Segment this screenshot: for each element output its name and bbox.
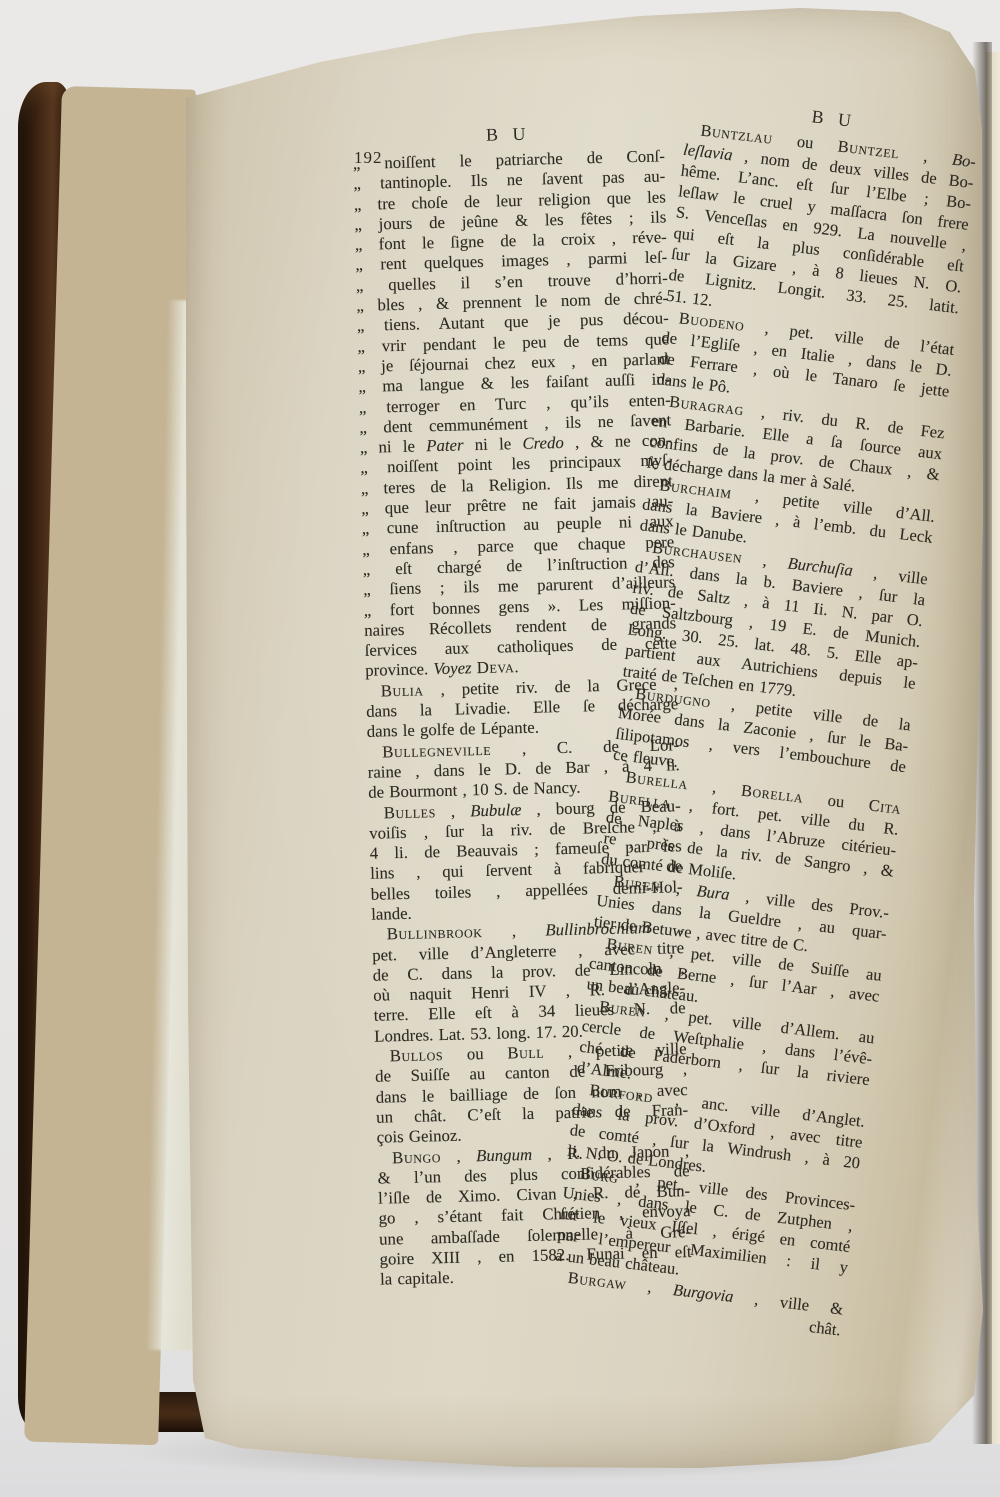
book-page: 192 B U „ noiſſent le patriarche de Conſ… xyxy=(183,6,986,1468)
italic-text: Bungum xyxy=(476,1144,532,1164)
plain-text: , xyxy=(625,1275,674,1299)
italic-text: Bo- xyxy=(951,150,977,172)
entry-headword: Bullegneville xyxy=(382,739,491,761)
plain-text: ou xyxy=(443,1044,508,1065)
plain-text: „ ni le xyxy=(360,436,427,457)
italic-text: Pater xyxy=(426,436,464,456)
entry-headword: Bulles xyxy=(383,802,436,822)
entry-headword: Bullos xyxy=(389,1045,443,1065)
plain-text: . xyxy=(514,658,519,677)
plain-text: , xyxy=(441,1146,477,1166)
entry-headword: Bullinbrook xyxy=(386,922,482,943)
plain-text: ni le xyxy=(463,434,522,454)
entry-headword: Cita xyxy=(868,795,902,818)
plain-text: 51. 12. xyxy=(665,286,713,310)
entry-headword: Bulia xyxy=(381,680,424,700)
photo-backdrop: 192 B U „ noiſſent le patriarche de Conſ… xyxy=(0,0,1000,1497)
italic-text: Bubulæ xyxy=(470,800,522,820)
italic-text: Bura xyxy=(696,881,731,904)
plain-text: çois Geinoz. xyxy=(376,1126,461,1147)
italic-text: Credo xyxy=(522,433,564,453)
plain-text: lande. xyxy=(371,904,412,924)
plain-text: province. xyxy=(365,660,434,681)
entry-headword: Deva xyxy=(477,658,515,678)
italic-text: Voyez xyxy=(433,659,472,679)
plain-text: chât. xyxy=(808,1317,842,1340)
plain-text: dans le golfe de Lépante. xyxy=(367,718,540,741)
plain-text: , xyxy=(482,921,545,942)
entry-headword: Bull xyxy=(507,1043,544,1063)
plain-text: , xyxy=(436,801,471,821)
entry-headword: Bungo xyxy=(392,1147,441,1167)
plain-text: la capitale. xyxy=(380,1268,454,1289)
